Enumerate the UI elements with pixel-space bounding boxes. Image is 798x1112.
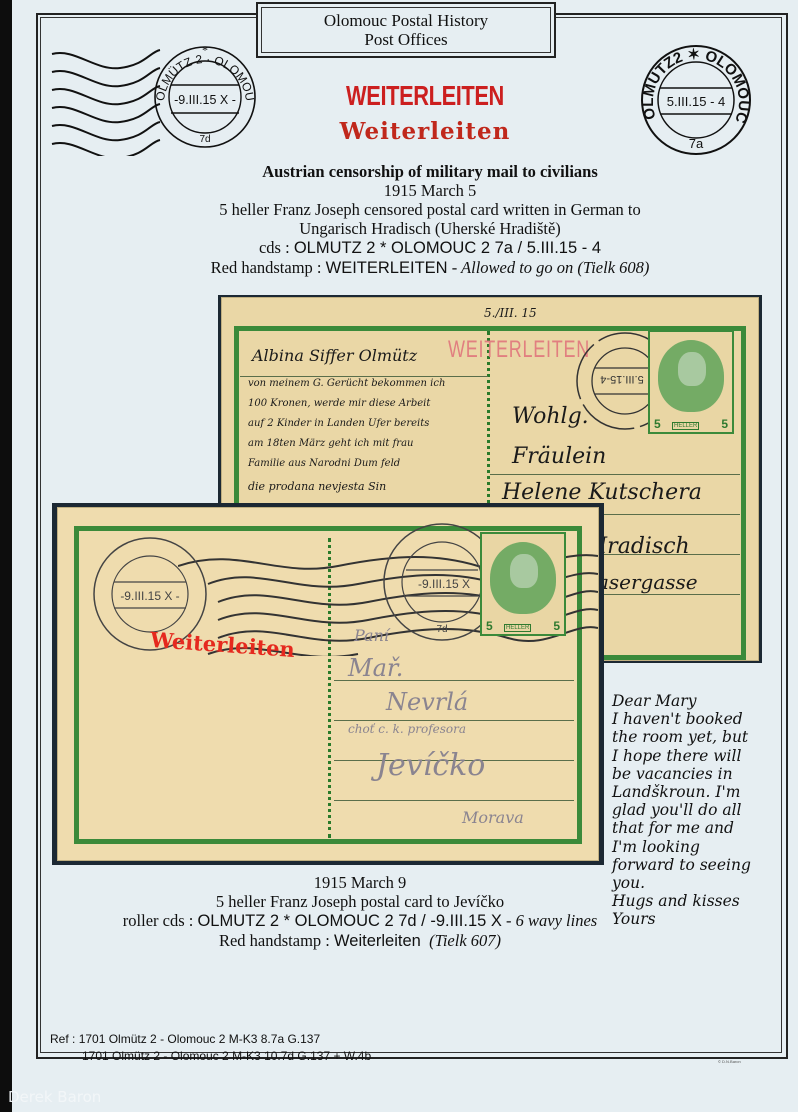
card2-date: 1915 March 9: [110, 873, 610, 892]
svg-text:-9.III.15 X -: -9.III.15 X -: [174, 93, 236, 107]
card1-desc-line2: Ungarisch Hradisch (Uherské Hradiště): [150, 219, 710, 238]
card2-cds-line: roller cds : OLMUTZ 2 * OLOMOUC 2 7d / -…: [110, 911, 610, 931]
svg-text:7a: 7a: [689, 136, 704, 151]
card1-cds-line: cds : OLMUTZ 2 * OLOMOUC 2 7a / 5.III.15…: [150, 238, 710, 258]
card1-desc-line1: 5 heller Franz Joseph censored postal ca…: [150, 200, 710, 219]
translation-letter: Dear Mary I haven't booked the room yet,…: [612, 692, 782, 929]
svg-text:-9.III.15 X: -9.III.15 X: [418, 577, 470, 591]
card1-date: 1915 March 5: [150, 181, 710, 200]
page-title: Olomouc Postal History: [324, 11, 488, 30]
card1-imprinted-stamp: 5 HELLER 5: [648, 330, 734, 434]
postal-card-2: -9.III.15 X - -9.III.15 X 7d 5 HELLER 5 …: [58, 508, 598, 860]
card1-handstamp-line: Red handstamp : WEITERLEITEN - Allowed t…: [150, 258, 710, 278]
svg-text:OLMÜTZ2 ✶ OLOMOUC 2: OLMÜTZ2 ✶ OLOMOUC 2: [638, 42, 752, 125]
title-box: Olomouc Postal History Post Offices: [256, 2, 556, 58]
card2-desc-line1: 5 heller Franz Joseph postal card to Jev…: [110, 892, 610, 911]
page-subtitle: Post Offices: [364, 30, 447, 49]
wavy-lines-illustration: [50, 46, 162, 156]
handstamp-weiterleiten-uppercase: WEITERLEITEN: [328, 80, 523, 112]
svg-text:7d: 7d: [436, 624, 447, 635]
watermark: Derek Baron: [8, 1088, 101, 1106]
svg-text:7d: 7d: [199, 134, 210, 145]
copyright-note: © D.N.Baron: [718, 1059, 741, 1064]
cds-cancel-illustration: OLMÜTZ2 ✶ OLOMOUC 2 5.III.15 - 4 7a: [638, 42, 754, 158]
svg-text:*: *: [202, 43, 208, 57]
card1-date-note: 5./III. 15: [484, 306, 537, 320]
handstamp-weiterleiten-lowercase: Weiterleiten: [300, 118, 550, 145]
reference-line-1: Ref : 1701 Olmütz 2 - Olomouc 2 M-K3 8.7…: [50, 1032, 320, 1046]
description-card2: 1915 March 9 5 heller Franz Joseph posta…: [110, 873, 610, 951]
svg-text:5.III.15-4: 5.III.15-4: [600, 373, 643, 385]
card1-red-handstamp: WEITERLEITEN: [448, 336, 590, 364]
card2-imprinted-stamp: 5 HELLER 5: [480, 532, 566, 636]
description-card1: Austrian censorship of military mail to …: [150, 162, 710, 278]
roller-cancel-illustration: OLMÜTZ 2 · OLOMOUC 2 * -9.III.15 X - 7d: [150, 42, 260, 152]
svg-text:5.III.15 - 4: 5.III.15 - 4: [667, 94, 726, 109]
card2-handstamp-line: Red handstamp : Weiterleiten (Tielk 607): [110, 931, 610, 951]
svg-text:-9.III.15 X -: -9.III.15 X -: [120, 589, 179, 603]
section-heading: Austrian censorship of military mail to …: [150, 162, 710, 181]
reference-line-2: 1701 Olmütz 2 - Olomouc 2 M-K3 10.7d G.1…: [82, 1049, 371, 1063]
